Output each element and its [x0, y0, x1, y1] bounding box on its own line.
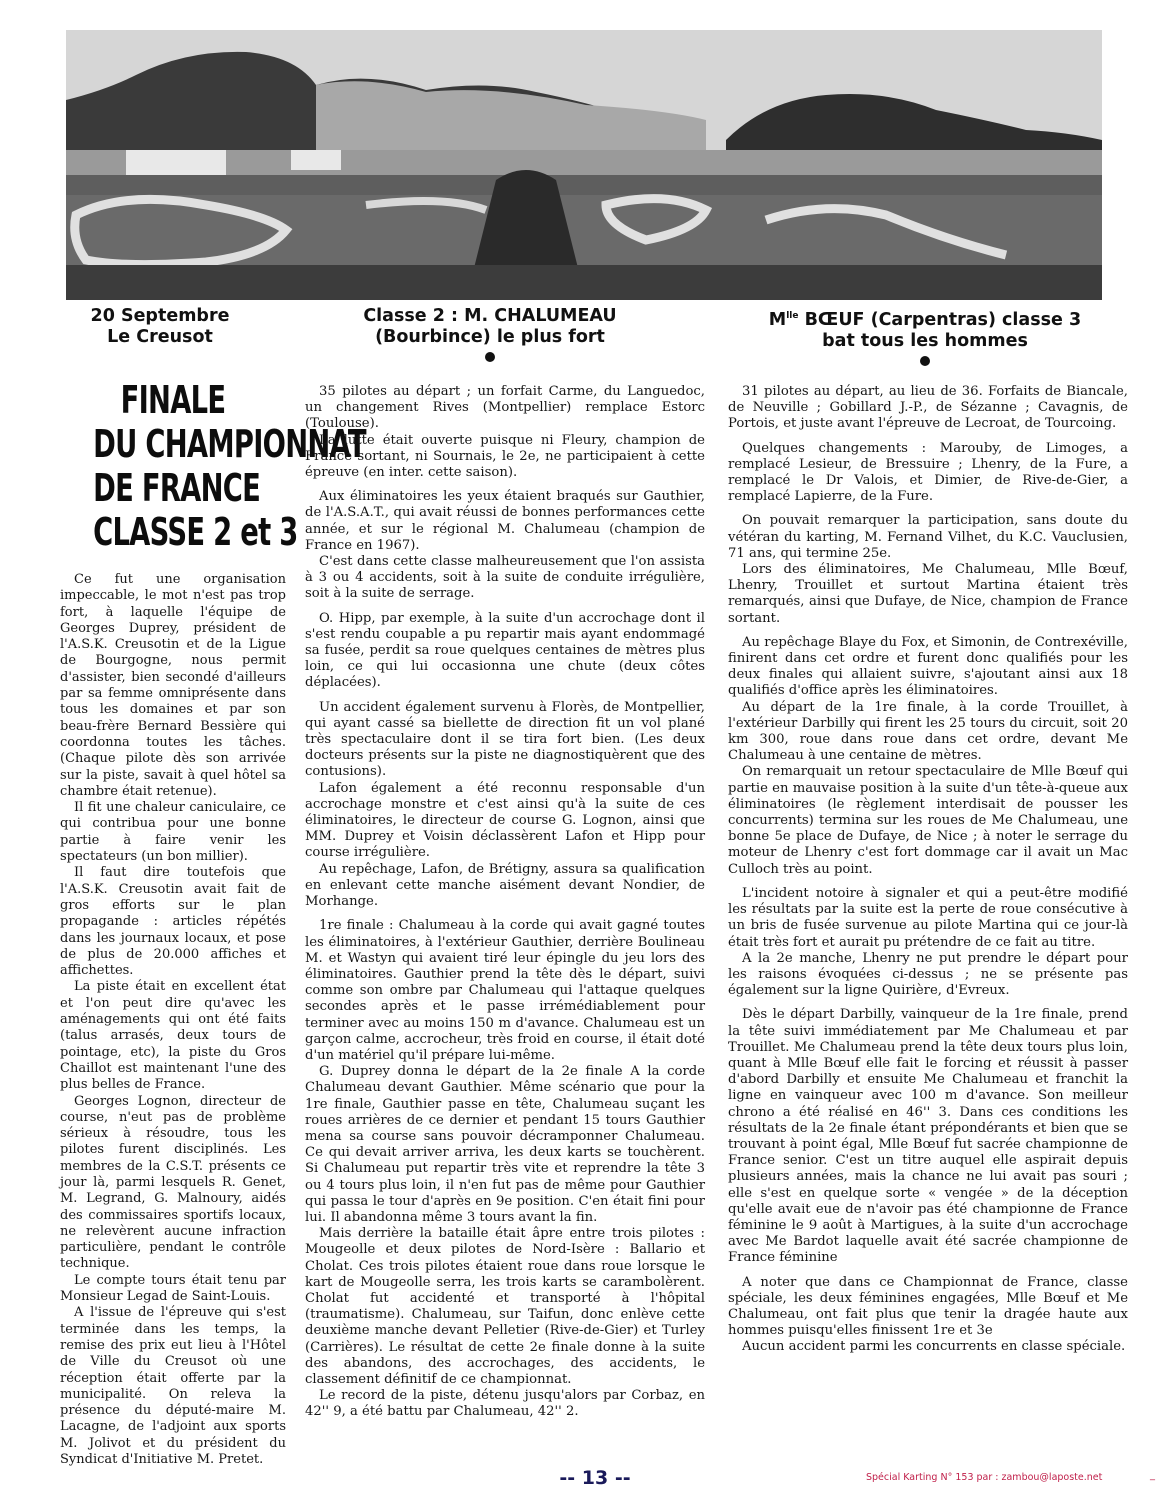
paragraph: Mais derrière la bataille était âpre ent…: [305, 1226, 705, 1388]
paragraph: La piste était en excellent état et l'on…: [60, 979, 286, 1093]
header-classe-3-line2: bat tous les hommes: [745, 331, 1105, 352]
paragraph: Le compte tours était tenu par Monsieur …: [60, 1273, 286, 1306]
paragraph: 1re finale : Chalumeau à la corde qui av…: [305, 918, 705, 1064]
paragraph: On pouvait remarquer la participation, s…: [728, 513, 1128, 562]
bullet-dot-icon: [920, 356, 930, 366]
paragraph: A noter que dans ce Championnat de Franc…: [728, 1275, 1128, 1340]
paragraph: Il faut dire toutefois que l'A.S.K. Creu…: [60, 865, 286, 979]
paragraph: Georges Lognon, directeur de course, n'e…: [60, 1094, 286, 1273]
paragraph: La lutte était ouverte puisque ni Fleury…: [305, 433, 705, 482]
paragraph: Il fit une chaleur caniculaire, ce qui c…: [60, 800, 286, 865]
title-line-4: CLASSE 2 et 3: [93, 510, 253, 554]
paragraph: 31 pilotes au départ, au lieu de 36. For…: [728, 384, 1128, 433]
scan-credit: Spécial Karting N° 153 par : zambou@lapo…: [866, 1472, 1102, 1483]
header-classe-2-line1: Classe 2 : M. CHALUMEAU: [320, 306, 660, 327]
title-line-1: FINALE: [93, 378, 253, 422]
column-2-body: 35 pilotes au départ ; un forfait Carme,…: [305, 384, 705, 1421]
paragraph: G. Duprey donna le départ de la 2e final…: [305, 1064, 705, 1226]
header-prefix-sup: lle: [786, 311, 798, 321]
paragraph: Quelques changements : Marouby, de Limog…: [728, 441, 1128, 506]
page-number: -- 13 --: [540, 1467, 650, 1489]
column-3-body: 31 pilotes au départ, au lieu de 36. For…: [728, 384, 1128, 1356]
title-line-2: DU CHAMPIONNAT: [93, 422, 253, 466]
paragraph: L'incident notoire à signaler et qui a p…: [728, 886, 1128, 951]
header-classe-2: Classe 2 : M. CHALUMEAU (Bourbince) le p…: [320, 306, 660, 362]
paragraph: Le record de la piste, détenu jusqu'alor…: [305, 1388, 705, 1420]
paragraph: Lafon également a été reconnu responsabl…: [305, 781, 705, 862]
header-classe-3-line1: Mlle BŒUF (Carpentras) classe 3: [745, 306, 1105, 331]
header-location: Le Creusot: [60, 327, 260, 348]
paragraph: 35 pilotes au départ ; un forfait Carme,…: [305, 384, 705, 433]
header-classe-2-line2: (Bourbince) le plus fort: [320, 327, 660, 348]
article-title: FINALE DU CHAMPIONNAT DE FRANCE CLASSE 2…: [93, 378, 253, 554]
paragraph: Lors des éliminatoires, Me Chalumeau, Ml…: [728, 562, 1128, 627]
paragraph: Aucun accident parmi les concurrents en …: [728, 1339, 1128, 1355]
circuit-photo: [66, 30, 1102, 300]
header-classe-3: Mlle BŒUF (Carpentras) classe 3 bat tous…: [745, 306, 1105, 366]
column-1-body: Ce fut une organisation impeccable, le m…: [60, 572, 286, 1468]
credit-trailing-mark: _: [1150, 1470, 1155, 1481]
paragraph: On remarquait un retour spectaculaire de…: [728, 764, 1128, 877]
paragraph: A l'issue de l'épreuve qui s'est terminé…: [60, 1305, 286, 1468]
paragraph: Au repêchage, Lafon, de Brétigny, assura…: [305, 862, 705, 911]
header-date: 20 Septembre: [60, 306, 260, 327]
header-classe-3-text: BŒUF (Carpentras) classe 3: [798, 310, 1081, 330]
landscape-illustration: [66, 30, 1102, 300]
header-prefix: M: [769, 310, 786, 330]
paragraph: C'est dans cette classe malheureusement …: [305, 554, 705, 603]
paragraph: Aux éliminatoires les yeux étaient braqu…: [305, 489, 705, 554]
paragraph: Au repêchage Blaye du Fox, et Simonin, d…: [728, 635, 1128, 700]
paragraph: Dès le départ Darbilly, vainqueur de la …: [728, 1007, 1128, 1266]
paragraph: A la 2e manche, Lhenry ne put prendre le…: [728, 951, 1128, 1000]
paragraph: Un accident également survenu à Florès, …: [305, 700, 705, 781]
title-line-3: DE FRANCE: [93, 466, 253, 510]
header-date-location: 20 Septembre Le Creusot: [60, 306, 260, 348]
bullet-dot-icon: [485, 352, 495, 362]
paragraph: Au départ de la 1re finale, à la corde T…: [728, 700, 1128, 765]
paragraph: Ce fut une organisation impeccable, le m…: [60, 572, 286, 800]
paragraph: O. Hipp, par exemple, à la suite d'un ac…: [305, 611, 705, 692]
